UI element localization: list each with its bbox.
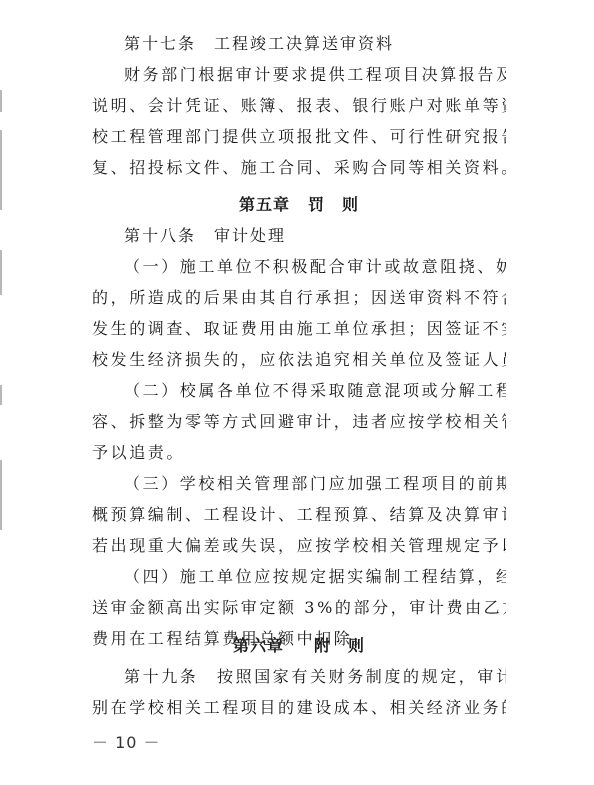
article-17-heading: 第十七条 工程竣工决算送审资料 bbox=[124, 32, 506, 56]
article-17-line-4: 复、招投标文件、施工合同、采购合同等相关资料。 bbox=[92, 156, 506, 180]
chapter-5-number: 第五章 bbox=[239, 195, 290, 214]
article-19-line-1: 第十九条 按照国家有关财务制度的规定，审计费用分 bbox=[124, 665, 506, 689]
binding-mark bbox=[0, 460, 2, 530]
article-18-item-2-line-3: 予以追责。 bbox=[92, 441, 506, 465]
chapter-5-heading: 第五章罚 则 bbox=[92, 193, 506, 217]
chapter-5-title: 罚 则 bbox=[308, 195, 359, 214]
article-17-line-1: 财务部门根据审计要求提供工程项目决算报告及编制 bbox=[124, 63, 506, 87]
article-18-item-3-line-1: （三）学校相关管理部门应加强工程项目的前期论证、 bbox=[124, 472, 506, 496]
article-18-item-1-line-1: （一）施工单位不积极配合审计或故意阻挠、妨碍审计 bbox=[124, 255, 506, 279]
chapter-6-number: 第六章 bbox=[233, 636, 284, 655]
article-18-item-2-line-2: 容、拆整为零等方式回避审计，违者应按学校相关管理规定 bbox=[92, 410, 506, 434]
article-18-item-4-line-2: 送审金额高出实际审定额 3%的部分，审计费由乙方承担，其 bbox=[92, 596, 506, 620]
article-18-item-1-line-3: 发生的调查、取证费用由施工单位承担；因签证不实导致学 bbox=[92, 317, 506, 341]
article-19-line-2: 别在学校相关工程项目的建设成本、相关经济业务的管理费 bbox=[92, 696, 506, 720]
article-18-item-3-line-3: 若出现重大偏差或失误，应按学校相关管理规定予以追责。 bbox=[92, 534, 506, 558]
article-18-item-2-line-1: （二）校属各单位不得采取随意混项或分解工程项目内 bbox=[124, 379, 506, 403]
binding-mark bbox=[0, 130, 2, 210]
article-18-heading: 第十八条 审计处理 bbox=[124, 224, 506, 248]
chapter-6-title: 附 则 bbox=[314, 636, 365, 655]
article-17-line-3: 校工程管理部门提供立项报批文件、可行性研究报告及批 bbox=[92, 125, 506, 149]
article-18-item-4-line-1: （四）施工单位应按规定据实编制工程结算，经审计， bbox=[124, 565, 506, 589]
article-18-item-3-line-2: 概预算编制、工程设计、工程预算、结算及决算审计等工作， bbox=[92, 503, 506, 527]
chapter-6-heading: 第六章附 则 bbox=[92, 634, 506, 658]
binding-mark bbox=[0, 385, 2, 405]
article-18-item-1-line-4: 校发生经济损失的，应依法追究相关单位及签证人员责任。 bbox=[92, 348, 506, 372]
article-18-item-1-line-2: 的，所造成的后果由其自行承担；因送审资料不符合规定而 bbox=[92, 286, 506, 310]
binding-mark bbox=[0, 250, 2, 295]
article-17-line-2: 说明、会计凭证、账簿、报表、银行账户对账单等资料；学 bbox=[92, 94, 506, 118]
page-number: － 10 － bbox=[92, 733, 161, 753]
binding-mark bbox=[0, 90, 2, 112]
